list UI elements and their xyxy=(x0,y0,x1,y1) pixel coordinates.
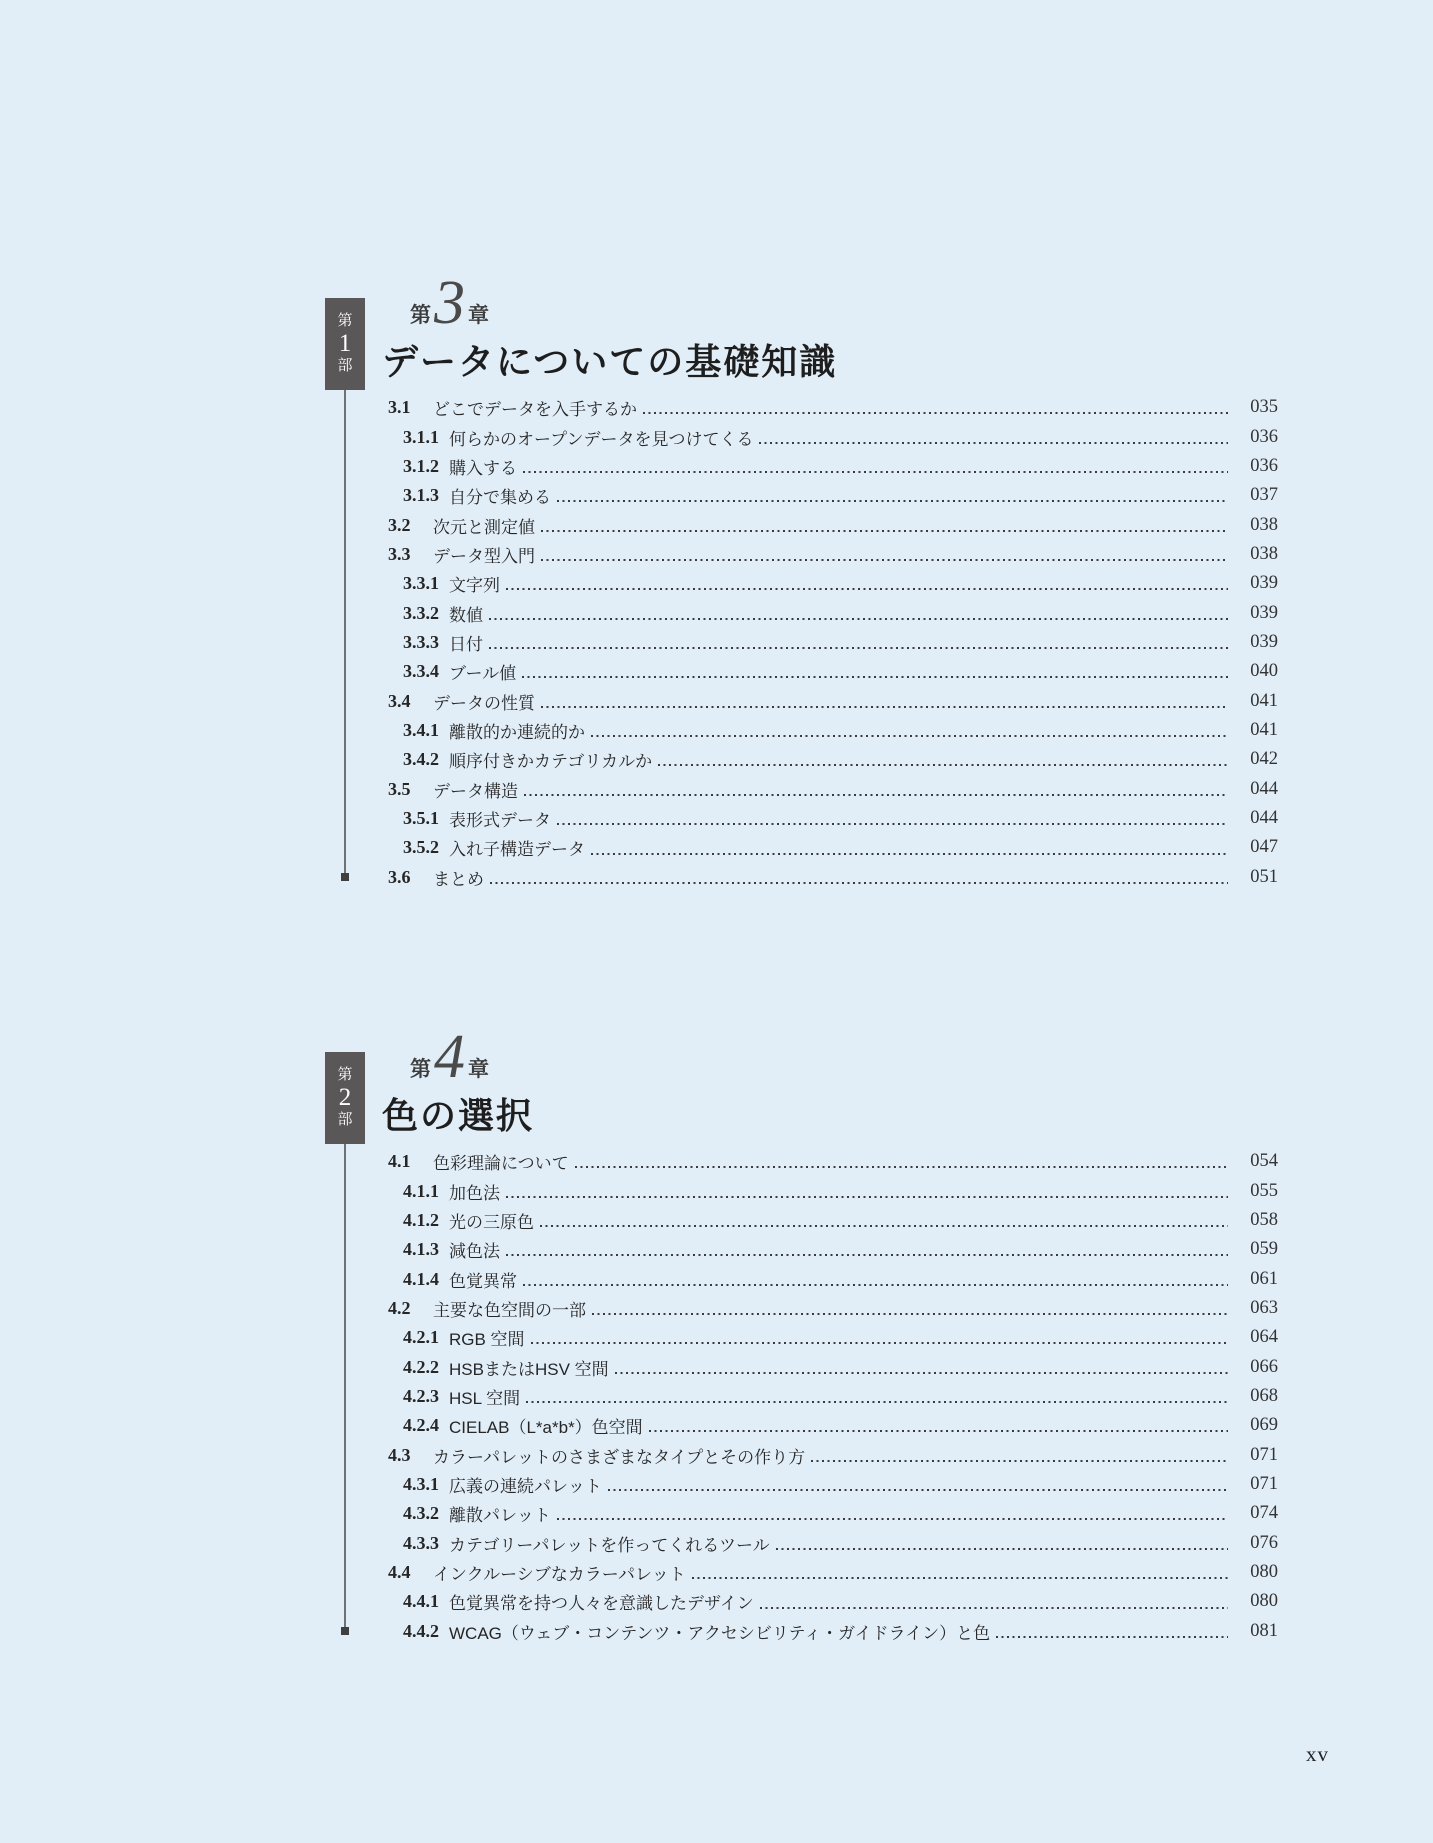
toc-entry-page: 037 xyxy=(1234,485,1278,506)
toc-entry-title: WCAG（ウェブ・コンテンツ・アクセシビリティ・ガイドライン）と色 xyxy=(449,1619,990,1644)
toc-entry[interactable]: 4.1.2光の三原色058 xyxy=(388,1206,1278,1235)
dotted-leader xyxy=(811,1460,1228,1462)
toc-entry-title: RGB 空間 xyxy=(449,1325,525,1350)
toc-entry-page: 076 xyxy=(1234,1533,1278,1554)
toc-entry[interactable]: 3.4データの性質041 xyxy=(388,686,1278,715)
toc-entry-number: 3.4.2 xyxy=(403,749,449,770)
dotted-leader xyxy=(649,1430,1228,1432)
dotted-leader xyxy=(506,588,1228,590)
dotted-leader xyxy=(506,1254,1228,1256)
toc-entry-page: 038 xyxy=(1234,544,1278,565)
dotted-leader xyxy=(643,412,1228,414)
dotted-leader xyxy=(523,1284,1228,1286)
toc-entry[interactable]: 3.1.3自分で集める037 xyxy=(388,481,1278,510)
dotted-leader xyxy=(506,1196,1228,1198)
toc-entry-title: 文字列 xyxy=(449,571,500,596)
toc-entry-title: 何らかのオープンデータを見つけてくる xyxy=(449,425,753,450)
dotted-leader xyxy=(591,853,1228,855)
toc-entry-page: 063 xyxy=(1234,1298,1278,1319)
toc-entry-title: 光の三原色 xyxy=(449,1208,534,1233)
toc-entries-list: 4.1色彩理論について0544.1.1加色法0554.1.2光の三原色0584.… xyxy=(388,1147,1278,1646)
toc-entry[interactable]: 3.5.2入れ子構造データ047 xyxy=(388,833,1278,862)
toc-entry-number: 3.4.1 xyxy=(403,720,449,741)
chapter-label-suffix: 章 xyxy=(468,1058,489,1079)
toc-entry-number: 4.3.1 xyxy=(403,1474,449,1495)
toc-entry-title: 入れ子構造データ xyxy=(449,835,585,860)
toc-entry-number: 3.5 xyxy=(388,779,433,800)
toc-entry-page: 039 xyxy=(1234,603,1278,624)
toc-entry-number: 3.3.1 xyxy=(403,573,449,594)
toc-entry-title: ブール値 xyxy=(449,659,516,684)
toc-entry-page: 055 xyxy=(1234,1181,1278,1202)
toc-entry[interactable]: 4.4インクルーシブなカラーパレット080 xyxy=(388,1558,1278,1587)
chapter-label-suffix: 章 xyxy=(468,304,489,325)
toc-entry-number: 3.1 xyxy=(388,397,433,418)
toc-entry-page: 068 xyxy=(1234,1386,1278,1407)
toc-entry-number: 3.3.2 xyxy=(403,603,449,624)
dotted-leader xyxy=(557,1518,1228,1520)
toc-entry-page: 042 xyxy=(1234,749,1278,770)
toc-entry[interactable]: 4.1.4色覚異常061 xyxy=(388,1264,1278,1293)
toc-entry-number: 4.2.1 xyxy=(403,1327,449,1348)
toc-entry-title: CIELAB（L*a*b*）色空間 xyxy=(449,1413,643,1438)
toc-entry[interactable]: 3.3.4ブール値040 xyxy=(388,657,1278,686)
toc-entry[interactable]: 3.4.1離散的か連続的か041 xyxy=(388,716,1278,745)
dotted-leader xyxy=(658,764,1228,766)
toc-entry-page: 051 xyxy=(1234,867,1278,888)
chapter-label-prefix: 第 xyxy=(410,304,431,325)
toc-entry-title: カラーパレットのさまざまなタイプとその作り方 xyxy=(433,1443,805,1468)
toc-entry-page: 041 xyxy=(1234,720,1278,741)
dotted-leader xyxy=(526,1401,1228,1403)
toc-entry-title: インクルーシブなカラーパレット xyxy=(433,1560,686,1585)
toc-entry-title: 主要な色空間の一部 xyxy=(433,1296,586,1321)
toc-entry-title: 離散的か連続的か xyxy=(449,718,585,743)
toc-entry-number: 4.2 xyxy=(388,1298,433,1319)
toc-entry[interactable]: 3.2次元と測定値038 xyxy=(388,510,1278,539)
toc-entry-number: 3.6 xyxy=(388,867,433,888)
footer-page-number: xv xyxy=(1306,1742,1329,1767)
toc-entry-page: 071 xyxy=(1234,1445,1278,1466)
toc-entry-title: カテゴリーパレットを作ってくれるツール xyxy=(449,1531,770,1556)
toc-entry-page: 040 xyxy=(1234,661,1278,682)
dotted-leader xyxy=(996,1636,1228,1638)
part-badge-prefix: 第 xyxy=(337,313,352,330)
part-connector-end-square xyxy=(341,873,349,881)
toc-entry-number: 3.3.4 xyxy=(403,661,449,682)
toc-entry[interactable]: 4.4.2WCAG（ウェブ・コンテンツ・アクセシビリティ・ガイドライン）と色08… xyxy=(388,1617,1278,1646)
toc-entry[interactable]: 3.3.3日付039 xyxy=(388,628,1278,657)
toc-entry[interactable]: 4.2.4CIELAB（L*a*b*）色空間069 xyxy=(388,1411,1278,1440)
toc-entry-number: 3.5.1 xyxy=(403,808,449,829)
toc-entry-title: 自分で集める xyxy=(449,483,551,508)
toc-entry-number: 4.4.2 xyxy=(403,1621,449,1642)
toc-entry[interactable]: 3.5.1表形式データ044 xyxy=(388,804,1278,833)
toc-entry-number: 3.3 xyxy=(388,544,433,565)
part-connector-line xyxy=(344,1144,346,1631)
toc-entry[interactable]: 4.3カラーパレットのさまざまなタイプとその作り方071 xyxy=(388,1440,1278,1469)
toc-entry-page: 039 xyxy=(1234,632,1278,653)
toc-entry-title: データ型入門 xyxy=(433,542,535,567)
toc-entry-number: 4.3 xyxy=(388,1445,433,1466)
toc-entry-page: 054 xyxy=(1234,1151,1278,1172)
toc-entry[interactable]: 4.2.3HSL 空間068 xyxy=(388,1382,1278,1411)
toc-entry-number: 4.3.3 xyxy=(403,1533,449,1554)
dotted-leader xyxy=(523,471,1228,473)
dotted-leader xyxy=(557,500,1228,502)
dotted-leader xyxy=(541,530,1228,532)
toc-entry[interactable]: 4.1色彩理論について054 xyxy=(388,1147,1278,1176)
toc-entry-number: 3.1.1 xyxy=(403,427,449,448)
toc-entry[interactable]: 3.5データ構造044 xyxy=(388,774,1278,803)
toc-entries-list: 3.1どこでデータを入手するか0353.1.1何らかのオープンデータを見つけてく… xyxy=(388,393,1278,892)
toc-entry-number: 4.2.4 xyxy=(403,1415,449,1436)
dotted-leader xyxy=(557,823,1228,825)
dotted-leader xyxy=(522,676,1228,678)
part-badge-prefix: 第 xyxy=(337,1067,352,1084)
toc-entry-title: 表形式データ xyxy=(449,806,551,831)
toc-entry-page: 039 xyxy=(1234,573,1278,594)
part-connector-end-square xyxy=(341,1627,349,1635)
toc-entry[interactable]: 3.1どこでデータを入手するか035 xyxy=(388,393,1278,422)
toc-entry-title: 広義の連続パレット xyxy=(449,1472,602,1497)
toc-entry[interactable]: 3.1.1何らかのオープンデータを見つけてくる036 xyxy=(388,422,1278,451)
part-badge: 第 2 部 xyxy=(325,1052,365,1144)
toc-entry-number: 4.4 xyxy=(388,1562,433,1583)
toc-entry-title: 減色法 xyxy=(449,1237,500,1262)
toc-entry-number: 3.1.3 xyxy=(403,485,449,506)
toc-entry-title: どこでデータを入手するか xyxy=(433,395,637,420)
toc-entry-title: HSBまたはHSV 空間 xyxy=(449,1355,609,1380)
chapter-label-prefix: 第 xyxy=(410,1058,431,1079)
toc-entry-page: 080 xyxy=(1234,1591,1278,1612)
dotted-leader xyxy=(692,1577,1228,1579)
chapter-title: 色の選択 xyxy=(382,1088,534,1139)
part-badge: 第 1 部 xyxy=(325,298,365,390)
toc-entry-page: 036 xyxy=(1234,427,1278,448)
toc-entry-number: 4.1.1 xyxy=(403,1181,449,1202)
toc-entry[interactable]: 4.2.1RGB 空間064 xyxy=(388,1323,1278,1352)
dotted-leader xyxy=(591,735,1228,737)
toc-entry-title: 色覚異常 xyxy=(449,1267,517,1292)
toc-entry[interactable]: 4.3.3カテゴリーパレットを作ってくれるツール076 xyxy=(388,1528,1278,1557)
toc-entry-page: 081 xyxy=(1234,1621,1278,1642)
toc-entry-title: 数値 xyxy=(449,601,483,626)
chapter-label: 第 3 章 xyxy=(410,258,489,332)
toc-entry[interactable]: 4.4.1色覚異常を持つ人々を意識したデザイン080 xyxy=(388,1587,1278,1616)
toc-entry-number: 3.5.2 xyxy=(403,837,449,858)
toc-entry-title: 日付 xyxy=(449,630,483,655)
toc-entry-number: 4.2.3 xyxy=(403,1386,449,1407)
toc-entry-page: 041 xyxy=(1234,691,1278,712)
toc-entry-page: 035 xyxy=(1234,397,1278,418)
toc-entry-number: 4.1.4 xyxy=(403,1269,449,1290)
toc-entry-number: 3.2 xyxy=(388,515,433,536)
dotted-leader xyxy=(489,647,1228,649)
toc-entry-page: 047 xyxy=(1234,837,1278,858)
toc-entry-title: 色彩理論について xyxy=(433,1149,569,1174)
toc-entry-number: 4.1 xyxy=(388,1151,433,1172)
toc-entry[interactable]: 4.2.2HSBまたはHSV 空間066 xyxy=(388,1352,1278,1381)
toc-entry-page: 080 xyxy=(1234,1562,1278,1583)
toc-entry-number: 4.1.3 xyxy=(403,1239,449,1260)
toc-entry-page: 061 xyxy=(1234,1269,1278,1290)
toc-entry-page: 074 xyxy=(1234,1503,1278,1524)
dotted-leader xyxy=(760,1607,1228,1609)
toc-entry[interactable]: 4.3.1広義の連続パレット071 xyxy=(388,1470,1278,1499)
dotted-leader xyxy=(541,559,1228,561)
toc-entry[interactable]: 3.3データ型入門038 xyxy=(388,540,1278,569)
toc-entry[interactable]: 3.3.1文字列039 xyxy=(388,569,1278,598)
toc-entry-page: 044 xyxy=(1234,779,1278,800)
part-badge-suffix: 部 xyxy=(337,1112,352,1129)
toc-entry-title: 購入する xyxy=(449,454,517,479)
toc-entry[interactable]: 4.1.3減色法059 xyxy=(388,1235,1278,1264)
part-badge-number: 2 xyxy=(339,1085,352,1111)
dotted-leader xyxy=(531,1342,1228,1344)
dotted-leader xyxy=(759,442,1228,444)
dotted-leader xyxy=(490,882,1228,884)
dotted-leader xyxy=(608,1489,1228,1491)
toc-entry[interactable]: 3.6まとめ051 xyxy=(388,863,1278,892)
toc-entry[interactable]: 4.1.1加色法055 xyxy=(388,1176,1278,1205)
toc-entry-title: データ構造 xyxy=(433,777,518,802)
toc-entry-page: 059 xyxy=(1234,1239,1278,1260)
toc-entry-title: 加色法 xyxy=(449,1179,500,1204)
dotted-leader xyxy=(489,618,1228,620)
toc-entry-title: 次元と測定値 xyxy=(433,513,535,538)
toc-entry-page: 058 xyxy=(1234,1210,1278,1231)
toc-entry-page: 071 xyxy=(1234,1474,1278,1495)
chapter-title: データについての基礎知識 xyxy=(382,334,837,385)
part-badge-suffix: 部 xyxy=(337,358,352,375)
part-connector-line xyxy=(344,390,346,877)
toc-entry-number: 4.2.2 xyxy=(403,1357,449,1378)
toc-entry-title: データの性質 xyxy=(433,689,535,714)
chapter-number: 4 xyxy=(434,1029,465,1086)
toc-entry-page: 038 xyxy=(1234,515,1278,536)
dotted-leader xyxy=(540,1225,1228,1227)
dotted-leader xyxy=(615,1372,1228,1374)
toc-entry-number: 3.3.3 xyxy=(403,632,449,653)
toc-entry-page: 044 xyxy=(1234,808,1278,829)
toc-entry-title: 順序付きかカテゴリカルか xyxy=(449,747,652,772)
part-badge-number: 1 xyxy=(339,331,352,357)
dotted-leader xyxy=(524,794,1228,796)
chapter-number: 3 xyxy=(434,275,465,332)
toc-entry-title: 色覚異常を持つ人々を意識したデザイン xyxy=(449,1589,754,1614)
toc-entry-number: 3.4 xyxy=(388,691,433,712)
toc-entry[interactable]: 4.2主要な色空間の一部063 xyxy=(388,1294,1278,1323)
toc-entry[interactable]: 3.3.2数値039 xyxy=(388,598,1278,627)
toc-entry-title: まとめ xyxy=(433,865,484,890)
toc-entry-number: 4.1.2 xyxy=(403,1210,449,1231)
toc-entry-number: 4.4.1 xyxy=(403,1591,449,1612)
dotted-leader xyxy=(575,1166,1228,1168)
toc-entry-page: 064 xyxy=(1234,1327,1278,1348)
toc-page: 第 1 部 第 3 章 データについての基礎知識 3.1どこでデータを入手するか… xyxy=(0,0,1433,1843)
toc-entry[interactable]: 4.3.2離散パレット074 xyxy=(388,1499,1278,1528)
toc-entry-page: 069 xyxy=(1234,1415,1278,1436)
toc-entry[interactable]: 3.4.2順序付きかカテゴリカルか042 xyxy=(388,745,1278,774)
toc-entry-title: 離散パレット xyxy=(449,1501,551,1526)
toc-entry-title: HSL 空間 xyxy=(449,1384,520,1409)
chapter-label: 第 4 章 xyxy=(410,1012,489,1086)
dotted-leader xyxy=(776,1548,1228,1550)
dotted-leader xyxy=(541,706,1228,708)
toc-entry-page: 036 xyxy=(1234,456,1278,477)
toc-entry-number: 4.3.2 xyxy=(403,1503,449,1524)
toc-entry-number: 3.1.2 xyxy=(403,456,449,477)
toc-entry-page: 066 xyxy=(1234,1357,1278,1378)
dotted-leader xyxy=(592,1313,1228,1315)
toc-entry[interactable]: 3.1.2購入する036 xyxy=(388,452,1278,481)
